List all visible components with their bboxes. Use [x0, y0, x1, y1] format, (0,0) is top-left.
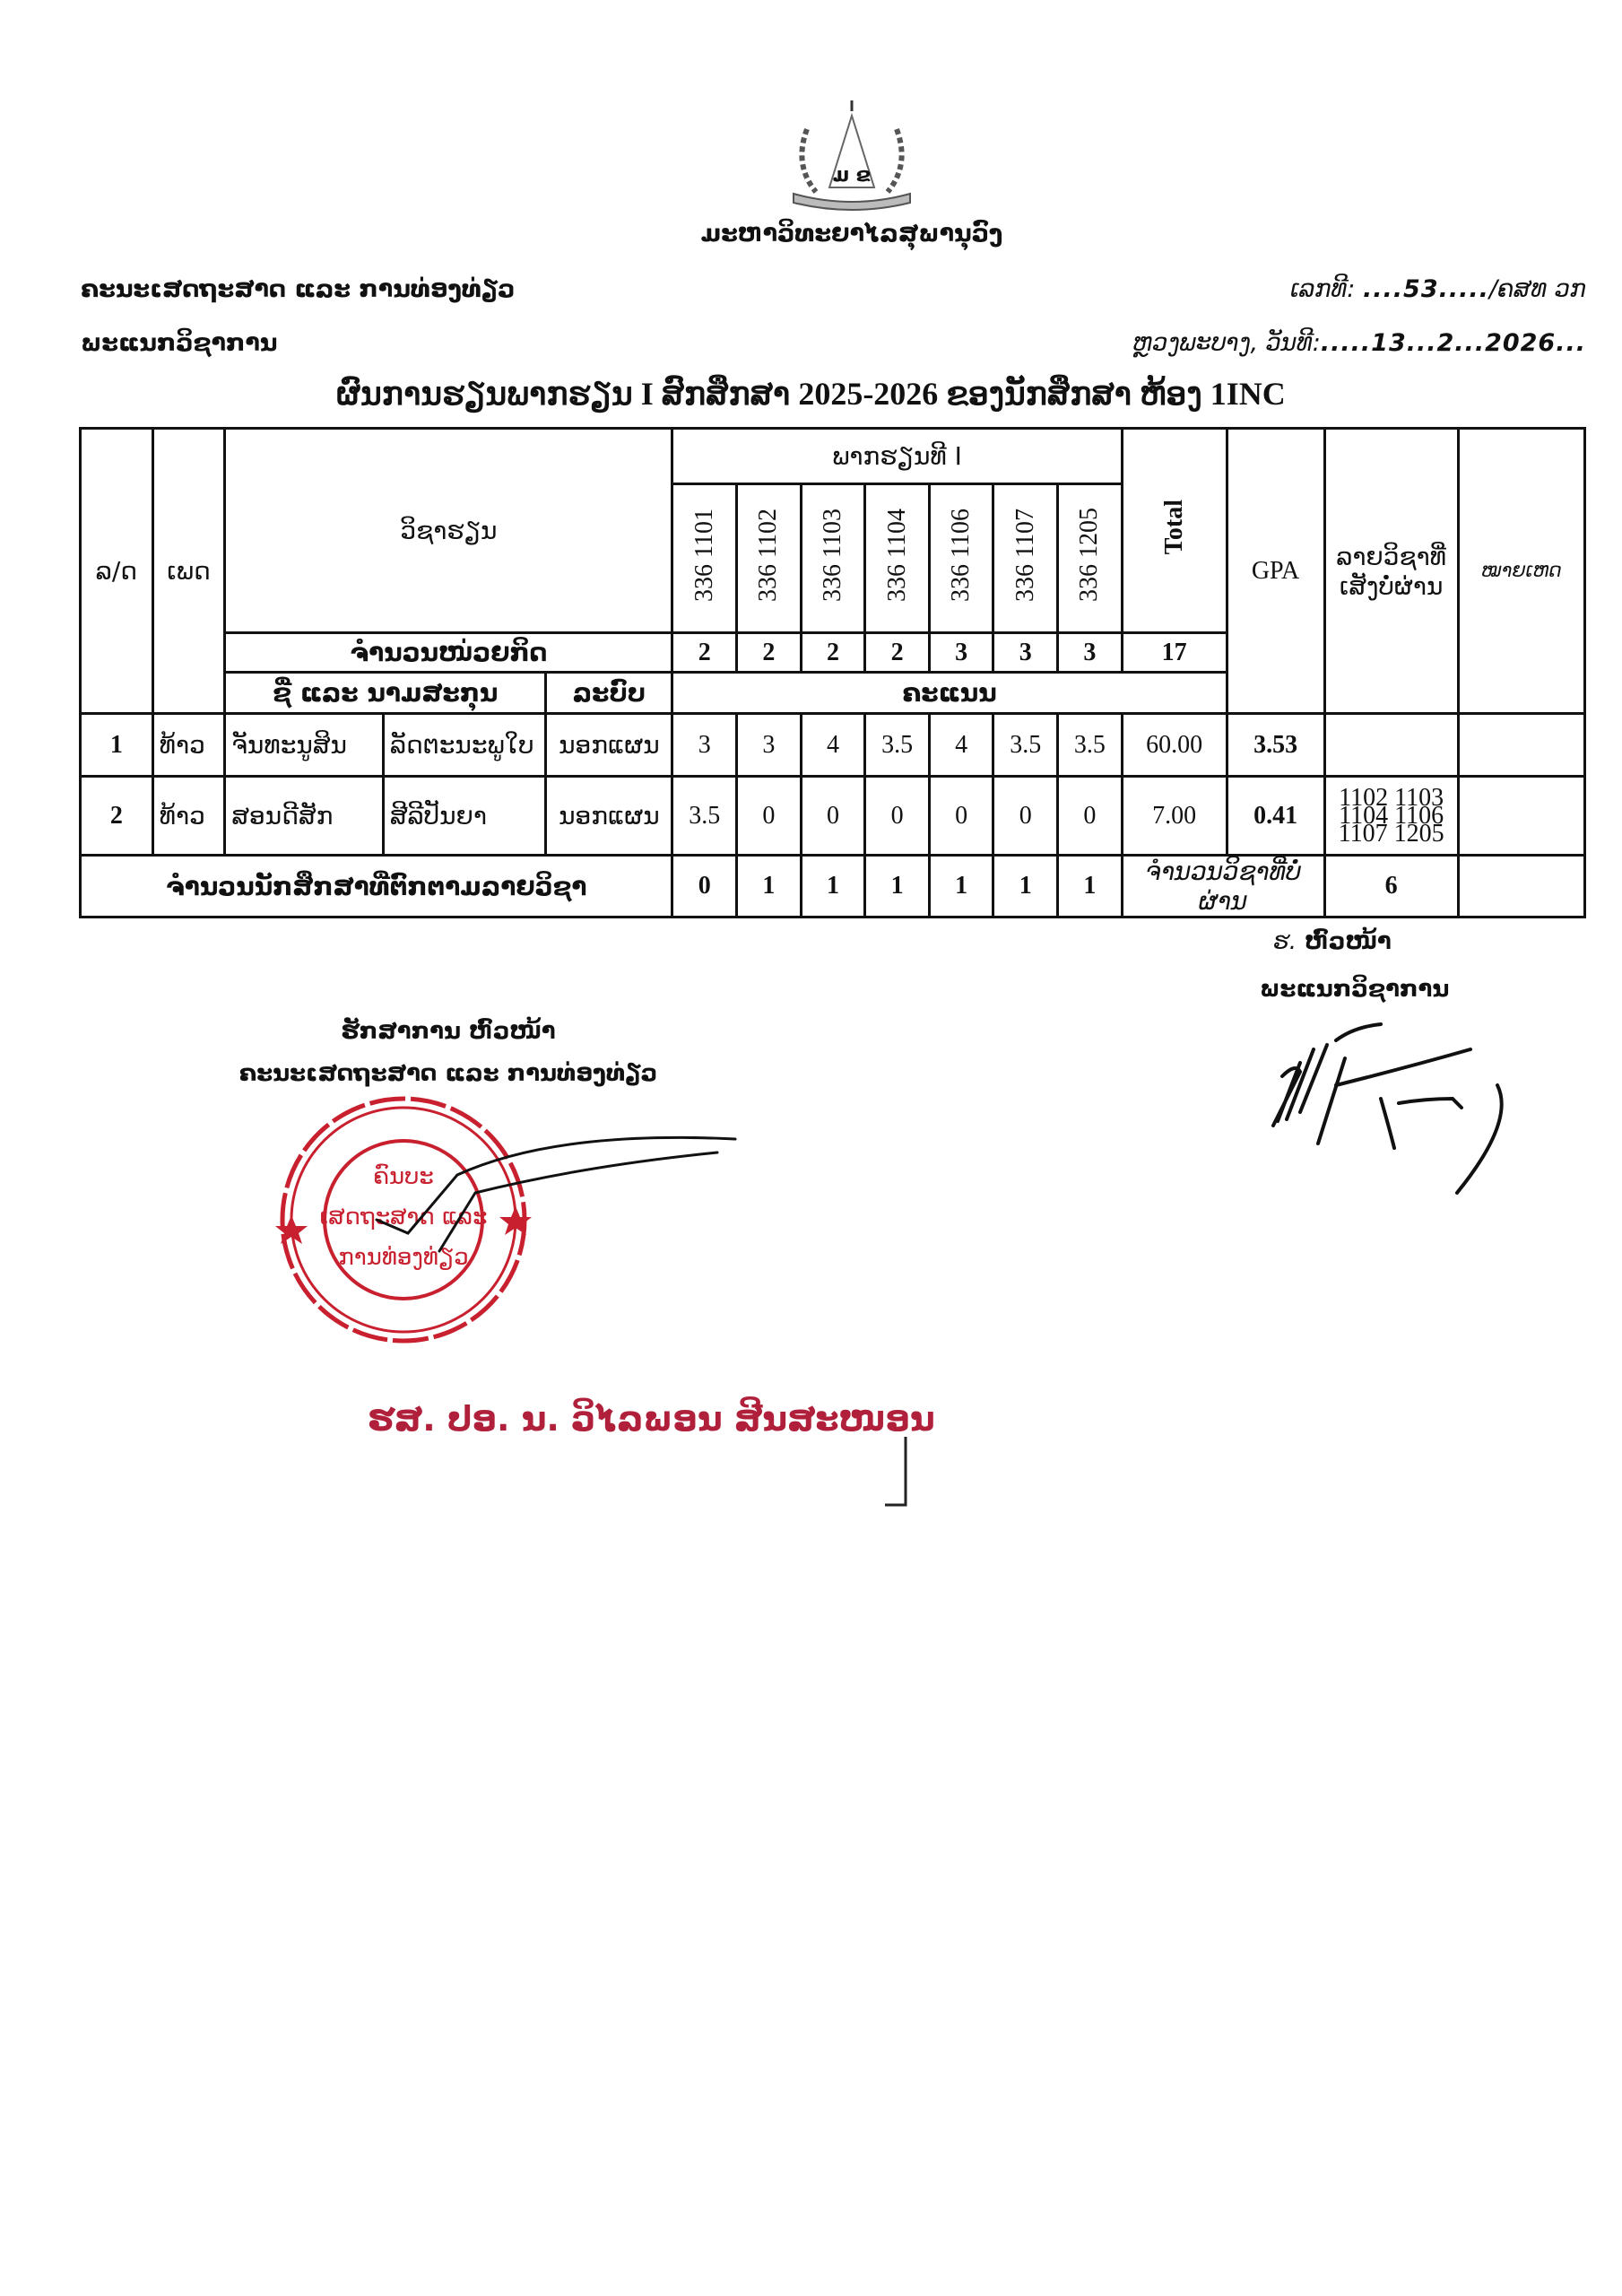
score-label: ຄະແນນ	[672, 673, 1227, 714]
date-label: ຫຼວງພະບາງ, ວັນທີ:	[1132, 329, 1321, 357]
subject-code: 336 1106	[929, 484, 993, 633]
right-signatory-title: ຮ. ຫົວໜ້າ	[1273, 928, 1392, 955]
row-remarks	[1458, 714, 1584, 777]
fail-count: 1	[737, 856, 802, 918]
row-total: 60.00	[1122, 714, 1227, 777]
col-total: Total	[1122, 429, 1227, 633]
score: 0	[929, 777, 993, 856]
fail-count: 1	[993, 856, 1058, 918]
failed-code-line: 1107 1205	[1326, 825, 1457, 843]
score: 3	[737, 714, 802, 777]
score: 3.5	[865, 714, 930, 777]
department-name: ພະແນກວິຊາການ	[81, 329, 278, 357]
document-date: ຫຼວງພະບາງ, ວັນທີ:.....13...2...2026...	[1132, 329, 1586, 357]
fail-count: 1	[801, 856, 865, 918]
summary-row: ຈຳນວນນັກສຶກສາທີ່ຕົກຕາມລາຍວິຊາ 0 1 1 1 1 …	[81, 856, 1585, 918]
score: 3.5	[672, 777, 737, 856]
score: 4	[801, 714, 865, 777]
credits-label: ຈຳນວນໜ່ວຍກິດ	[225, 633, 672, 673]
subject-code: 336 1104	[865, 484, 930, 633]
summary-remarks	[1458, 856, 1584, 918]
subject-code: 336 1101	[672, 484, 737, 633]
row-no: 1	[81, 714, 153, 777]
corner-mark-icon	[883, 1435, 910, 1509]
credit-value: 2	[737, 633, 802, 673]
row-first-name: ສອນດີສັກ	[225, 777, 383, 856]
row-program: ນອກແຜນ	[546, 714, 672, 777]
row-no: 2	[81, 777, 153, 856]
ref-label: ເລກທີ:	[1290, 275, 1355, 303]
row-gender: ທ້າວ	[152, 714, 225, 777]
date-value: .....13...2...2026...	[1321, 329, 1586, 357]
fail-count: 1	[929, 856, 993, 918]
credit-value: 2	[865, 633, 930, 673]
score: 0	[737, 777, 802, 856]
row-total: 7.00	[1122, 777, 1227, 856]
credits-total: 17	[1122, 633, 1227, 673]
reference-number: ເລກທີ: ....53...../ຄສທ ວກ	[1290, 275, 1586, 303]
row-last-name: ລັດຕະນະພູໃບ	[383, 714, 546, 777]
signer-name: ຮສ. ປອ. ນ. ວິໄລພອນ ສີນສະໜອນ	[368, 1399, 935, 1439]
semester-header: ພາກຮຽນທີ I	[672, 429, 1122, 484]
row-remarks	[1458, 777, 1584, 856]
col-gpa: GPA	[1227, 429, 1324, 714]
col-failed-subjects: ລາຍວິຊາທີ່ເສັງບໍ່ຜ່ານ	[1324, 429, 1458, 714]
signatory-title: ຫົວໜ້າ	[1305, 928, 1392, 955]
subject-code: 336 1107	[993, 484, 1058, 633]
university-emblem-icon: ມ ຂ	[780, 93, 924, 219]
signatory-prefix: ຮ.	[1273, 928, 1297, 955]
university-name: ມະຫາວິທະຍາໄລສຸພານຸວົງ	[628, 220, 1076, 248]
grades-table: ລ/ດ ເພດ ວິຊາຮຽນ ພາກຮຽນທີ I Total GPA ລາຍ…	[79, 427, 1586, 918]
credit-value: 3	[993, 633, 1058, 673]
failed-subjects-label: ຈຳນວນວິຊາທີ່ບໍ່ຜ່ານ	[1122, 856, 1324, 918]
score: 3	[672, 714, 737, 777]
credit-value: 3	[1058, 633, 1123, 673]
row-program: ນອກແຜນ	[546, 777, 672, 856]
score: 3.5	[993, 714, 1058, 777]
subject-code: 336 1205	[1058, 484, 1123, 633]
ref-suffix: /ຄສທ ວກ	[1489, 275, 1586, 303]
subject-code: 336 1102	[737, 484, 802, 633]
fail-count: 1	[865, 856, 930, 918]
ref-value: ....53.....	[1363, 275, 1489, 303]
score: 0	[1058, 777, 1123, 856]
row-gender: ທ້າວ	[152, 777, 225, 856]
table-row: 2 ທ້າວ ສອນດີສັກ ສີລີປັນຍາ ນອກແຜນ 3.5 0 0…	[81, 777, 1585, 856]
credit-value: 3	[929, 633, 993, 673]
score: 4	[929, 714, 993, 777]
credit-value: 2	[672, 633, 737, 673]
col-gender: ເພດ	[152, 429, 225, 714]
signature-right-icon	[1246, 1013, 1542, 1202]
failed-subjects-count: 6	[1324, 856, 1458, 918]
name-label: ຊື່ ແລະ ນາມສະກຸນ	[225, 673, 546, 714]
row-last-name: ສີລີປັນຍາ	[383, 777, 546, 856]
row-failed-subjects: 1102 1103 1104 1106 1107 1205	[1324, 777, 1458, 856]
subject-code: 336 1103	[801, 484, 865, 633]
left-signatory-faculty: ຄະນະເສດຖະສາດ ແລະ ການທ່ອງທ່ຽວ	[224, 1060, 672, 1087]
program-label: ລະບົບ	[546, 673, 672, 714]
row-first-name: ຈັນທະນູສິນ	[225, 714, 383, 777]
signature-left-icon	[359, 1112, 744, 1256]
summary-label: ຈຳນວນນັກສຶກສາທີ່ຕົກຕາມລາຍວິຊາ	[81, 856, 672, 918]
row-gpa: 3.53	[1227, 714, 1324, 777]
fail-count: 1	[1058, 856, 1123, 918]
left-signatory-title: ຮັກສາການ ຫົວໜ້າ	[224, 1018, 672, 1045]
score: 0	[801, 777, 865, 856]
col-remarks: ໝາຍເຫດ	[1458, 429, 1584, 714]
svg-text:ມ ຂ: ມ ຂ	[833, 164, 872, 187]
fail-count: 0	[672, 856, 737, 918]
row-gpa: 0.41	[1227, 777, 1324, 856]
credit-value: 2	[801, 633, 865, 673]
score: 0	[993, 777, 1058, 856]
page-title: ຜົນການຮຽນພາກຮຽນ I ສົກສຶກສາ 2025-2026 ຂອງ…	[0, 375, 1622, 413]
table-row: 1 ທ້າວ ຈັນທະນູສິນ ລັດຕະນະພູໃບ ນອກແຜນ 3 3…	[81, 714, 1585, 777]
col-subject: ວິຊາຮຽນ	[225, 429, 672, 633]
row-failed-subjects	[1324, 714, 1458, 777]
col-no: ລ/ດ	[81, 429, 153, 714]
faculty-name: ຄະນະເສດຖະສາດ ແລະ ການທ່ອງທ່ຽວ	[81, 275, 515, 303]
right-signatory-department: ພະແນກວິຊາການ	[1260, 976, 1449, 1003]
score: 0	[865, 777, 930, 856]
score: 3.5	[1058, 714, 1123, 777]
